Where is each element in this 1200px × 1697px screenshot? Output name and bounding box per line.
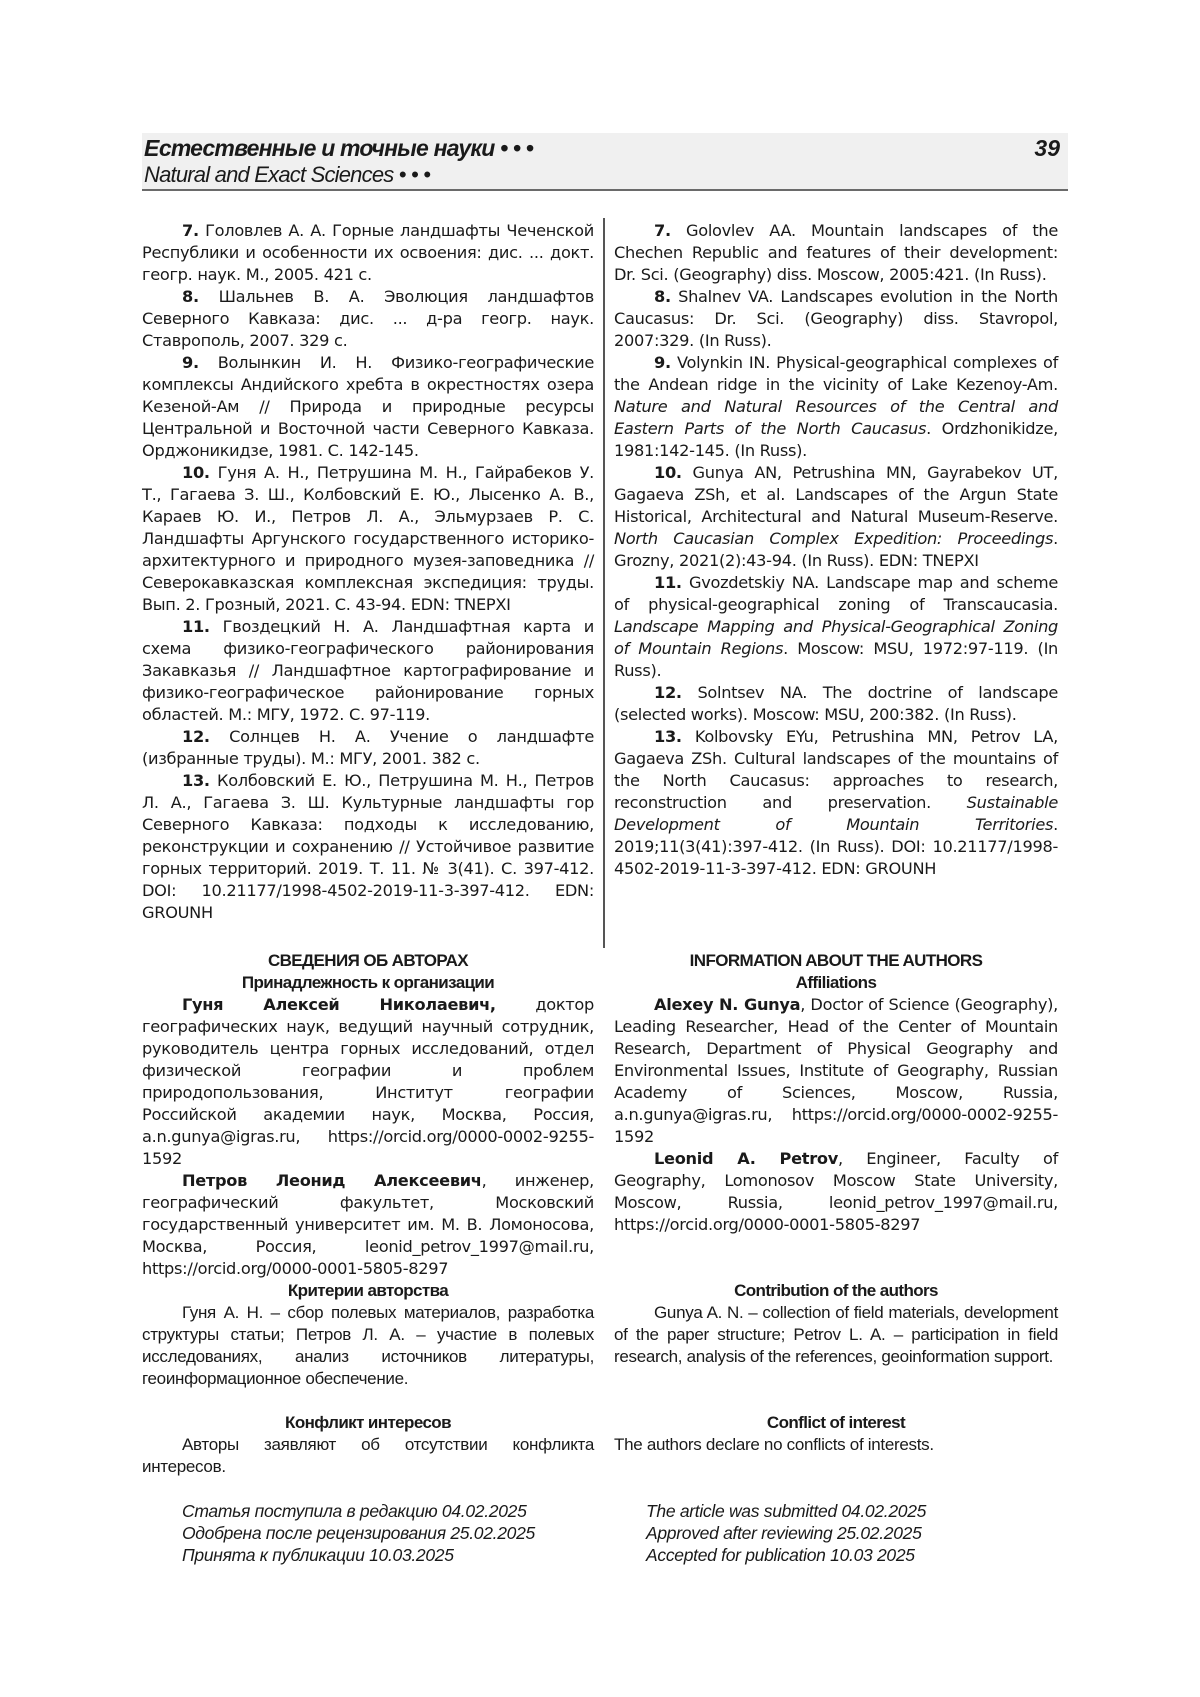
reference-text: Golovlev AA. Mountain landscapes of the … xyxy=(614,221,1058,284)
reference-item: 10. Gunya AN, Petrushina MN, Gayrabekov … xyxy=(614,462,1058,572)
reference-number: 11. xyxy=(182,617,210,636)
reference-item: 8. Shalnev VA. Landscapes evolution in t… xyxy=(614,286,1058,352)
reference-text: Волынкин И. Н. Физико-географические ком… xyxy=(142,353,594,460)
reference-number: 13. xyxy=(654,727,682,746)
reference-number: 9. xyxy=(182,353,199,372)
reference-item: 12. Солнцев Н. А. Учение о ландшафте (из… xyxy=(142,726,594,770)
reference-source-title: North Caucasian Complex Expedition: Proc… xyxy=(614,529,1053,548)
conflict-en: Conflict of interest The authors declare… xyxy=(614,1412,1058,1456)
contribution-text-en: Gunya A. N. – collection of field materi… xyxy=(614,1302,1058,1368)
author-details: доктор географических наук, ведущий науч… xyxy=(142,995,594,1168)
author-name: Leonid A. Petrov xyxy=(654,1149,838,1168)
reference-item: 7. Головлев А. А. Горные ландшафты Чечен… xyxy=(142,220,594,286)
reference-text: Солнцев Н. А. Учение о ландшафте (избран… xyxy=(142,727,594,768)
reference-item: 9. Volynkin IN. Physical-geographical co… xyxy=(614,352,1058,462)
authors-heading-ru: СВЕДЕНИЯ ОБ АВТОРАХ xyxy=(142,950,594,972)
author-details: , Doctor of Science (Geography), Leading… xyxy=(614,995,1058,1146)
reference-number: 11. xyxy=(654,573,682,592)
reference-text: Гвоздецкий Н. А. Ландшафтная карта и схе… xyxy=(142,617,594,724)
authors-heading-en: INFORMATION ABOUT THE AUTHORS xyxy=(614,950,1058,972)
reference-number: 12. xyxy=(654,683,682,702)
contribution-ru: Критерии авторства Гуня А. Н. – сбор пол… xyxy=(142,1280,594,1390)
conflict-text-ru: Авторы заявляют об отсутствии конфликта … xyxy=(142,1434,594,1478)
reference-item: 11. Гвоздецкий Н. А. Ландшафтная карта и… xyxy=(142,616,594,726)
author-entry: Гуня Алексей Николаевич, доктор географи… xyxy=(142,994,594,1170)
reference-item: 12. Solntsev NA. The doctrine of landsca… xyxy=(614,682,1058,726)
author-entry: Петров Леонид Алексеевич, инженер, геогр… xyxy=(142,1170,594,1280)
reference-number: 10. xyxy=(182,463,210,482)
journal-section-title-ru: Естественные и точные науки • • • xyxy=(144,135,533,162)
affiliations-heading-en: Affiliations xyxy=(614,972,1058,994)
reference-text: Shalnev VA. Landscapes evolution in the … xyxy=(614,287,1058,350)
contribution-heading-en: Contribution of the authors xyxy=(614,1280,1058,1302)
author-entry: Alexey N. Gunya, Doctor of Science (Geog… xyxy=(614,994,1058,1148)
column-divider xyxy=(603,218,605,948)
page-number: 39 xyxy=(1034,135,1060,162)
conflict-ru: Конфликт интересов Авторы заявляют об от… xyxy=(142,1412,594,1478)
article-dates-ru: Статья поступила в редакцию 04.02.2025 О… xyxy=(142,1500,594,1566)
reference-item: 7. Golovlev AA. Mountain landscapes of t… xyxy=(614,220,1058,286)
date-approved-en: Approved after reviewing 25.02.2025 xyxy=(646,1522,1058,1544)
date-submitted-ru: Статья поступила в редакцию 04.02.2025 xyxy=(182,1500,594,1522)
reference-item: 13. Kolbovsky EYu, Petrushina MN, Petrov… xyxy=(614,726,1058,880)
reference-item: 9. Волынкин И. Н. Физико-географические … xyxy=(142,352,594,462)
contribution-text-ru: Гуня А. Н. – сбор полевых материалов, ра… xyxy=(142,1302,594,1390)
reference-number: 8. xyxy=(654,287,671,306)
contribution-heading-ru: Критерии авторства xyxy=(142,1280,594,1302)
author-name: Гуня Алексей Николаевич, xyxy=(182,995,496,1014)
authors-info-en: INFORMATION ABOUT THE AUTHORS Affiliatio… xyxy=(614,950,1058,1236)
conflict-heading-ru: Конфликт интересов xyxy=(142,1412,594,1434)
reference-text: Колбовский Е. Ю., Петрушина М. Н., Петро… xyxy=(142,771,594,922)
reference-number: 9. xyxy=(654,353,671,372)
reference-item: 8. Шальнев В. А. Эволюция ландшафтов Сев… xyxy=(142,286,594,352)
reference-item: 10. Гуня А. Н., Петрушина М. Н., Гайрабе… xyxy=(142,462,594,616)
reference-number: 12. xyxy=(182,727,210,746)
affiliations-heading-ru: Принадлежность к организации xyxy=(142,972,594,994)
reference-text: Головлев А. А. Горные ландшафты Чеченско… xyxy=(142,221,594,284)
date-approved-ru: Одобрена после рецензирования 25.02.2025 xyxy=(182,1522,594,1544)
reference-text: Volynkin IN. Physical-geographical compl… xyxy=(614,353,1058,394)
conflict-heading-en: Conflict of interest xyxy=(614,1412,1058,1434)
references-ru: 7. Головлев А. А. Горные ландшафты Чечен… xyxy=(142,220,594,924)
reference-text: Гуня А. Н., Петрушина М. Н., Гайрабеков … xyxy=(142,463,594,614)
reference-number: 8. xyxy=(182,287,199,306)
article-dates-en: The article was submitted 04.02.2025 App… xyxy=(614,1500,1058,1566)
reference-item: 13. Колбовский Е. Ю., Петрушина М. Н., П… xyxy=(142,770,594,924)
date-accepted-ru: Принята к публикации 10.03.2025 xyxy=(182,1544,594,1566)
author-name: Alexey N. Gunya xyxy=(654,995,800,1014)
reference-number: 13. xyxy=(182,771,210,790)
date-accepted-en: Accepted for publication 10.03 2025 xyxy=(646,1544,1058,1566)
references-en: 7. Golovlev AA. Mountain landscapes of t… xyxy=(614,220,1058,880)
reference-item: 11. Gvozdetskiy NA. Landscape map and sc… xyxy=(614,572,1058,682)
contribution-en: Contribution of the authors Gunya A. N. … xyxy=(614,1280,1058,1368)
conflict-text-en: The authors declare no conflicts of inte… xyxy=(614,1434,1058,1456)
date-submitted-en: The article was submitted 04.02.2025 xyxy=(646,1500,1058,1522)
authors-info-ru: СВЕДЕНИЯ ОБ АВТОРАХ Принадлежность к орг… xyxy=(142,950,594,1280)
reference-text: Шальнев В. А. Эволюция ландшафтов Северн… xyxy=(142,287,594,350)
reference-number: 7. xyxy=(654,221,671,240)
journal-section-title-en: Natural and Exact Sciences • • • xyxy=(144,162,430,188)
running-header: Естественные и точные науки • • • Natura… xyxy=(142,133,1068,191)
reference-number: 7. xyxy=(182,221,199,240)
reference-number: 10. xyxy=(654,463,682,482)
author-name: Петров Леонид Алексеевич xyxy=(182,1171,482,1190)
author-entry: Leonid A. Petrov, Engineer, Faculty of G… xyxy=(614,1148,1058,1236)
